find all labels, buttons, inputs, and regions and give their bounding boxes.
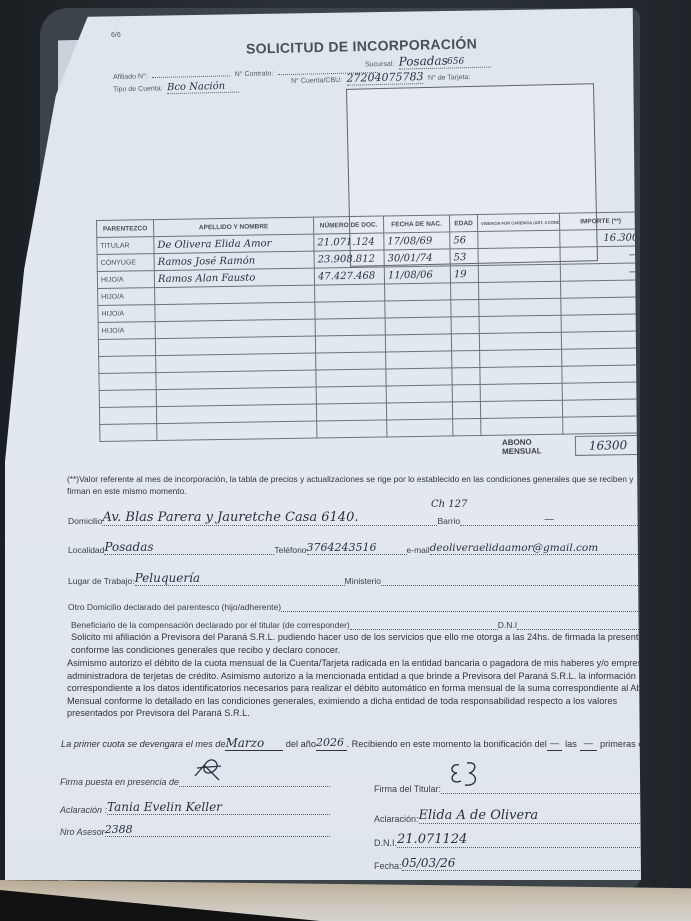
cell-nac[interactable] — [385, 283, 451, 301]
cell-vigencia[interactable] — [480, 400, 562, 418]
otro-domicilio-label: Otro Domicilio declarado del parentesco … — [68, 602, 281, 612]
trabajo-field[interactable]: Lugar de Trabajo: Peluquería Ministerio — [68, 571, 638, 586]
cell-importe[interactable] — [562, 382, 644, 400]
cell-doc[interactable]: 21.071.124 — [314, 233, 384, 251]
cell-doc[interactable] — [316, 386, 386, 404]
cell-vigencia[interactable] — [480, 383, 562, 401]
cell-nac[interactable]: 11/08/06 — [384, 266, 450, 284]
header-edad: EDAD — [449, 215, 477, 232]
cell-importe[interactable] — [562, 365, 644, 383]
cell-doc[interactable] — [315, 301, 385, 319]
cell-importe[interactable] — [562, 348, 644, 366]
asesor-label: Nro Asesor — [60, 827, 105, 837]
cell-nac[interactable] — [386, 351, 452, 369]
cell-vigencia[interactable] — [478, 264, 560, 282]
firma-titular-label: Firma del Titular: — [374, 784, 441, 794]
domicilio-label: Domicilio — [68, 516, 102, 526]
cell-nac[interactable] — [385, 334, 451, 352]
cell-edad[interactable] — [452, 401, 480, 418]
cell-doc[interactable] — [316, 352, 386, 370]
cell-doc[interactable]: 47.427.468 — [314, 267, 384, 285]
cuota-mid: . Recibiendo en este momento la bonifica… — [347, 738, 547, 751]
aclaracion-asesor-label: Aclaración : — [60, 805, 107, 815]
aclaracion-titular-label: Aclaración: — [374, 814, 419, 824]
cell-vigencia[interactable] — [478, 247, 560, 265]
barrio-value: — — [460, 514, 638, 526]
localidad-label: Localidad — [68, 545, 104, 555]
localidad-field[interactable]: Localidad Posadas Teléfono 3764243516 e-… — [68, 540, 668, 555]
cuenta-label: N° Cuenta/CBU: — [291, 77, 342, 85]
contrato-label: N° Contrato: — [235, 70, 274, 78]
signature-scribble-icon — [445, 759, 485, 791]
cell-nac[interactable] — [385, 300, 451, 318]
cell-vigencia[interactable] — [478, 230, 560, 248]
cell-importe[interactable] — [562, 399, 644, 417]
cuenta-value: 27204075783 — [346, 70, 423, 86]
legal-paragraph-2: Asimismo autorizo el débito de la cuota … — [67, 657, 667, 720]
cell-edad[interactable] — [451, 316, 479, 333]
cell-edad[interactable] — [451, 299, 479, 316]
aclaracion-titular-field[interactable]: Aclaración: Elida A de Olivera — [374, 808, 650, 824]
cell-doc[interactable] — [315, 284, 385, 302]
trabajo-label: Lugar de Trabajo: — [68, 576, 135, 586]
cell-nac[interactable]: 17/08/69 — [384, 232, 450, 250]
cell-doc[interactable] — [315, 318, 385, 336]
aclaracion-asesor-field[interactable]: Aclaración : Tania Evelin Keller — [60, 800, 330, 815]
abono-value: 16300 — [575, 435, 641, 456]
beneficiario-dni-label: D.N.I — [498, 620, 517, 630]
abono-mensual: ABONO MENSUAL 16300 — [502, 435, 641, 457]
cell-nac[interactable] — [387, 419, 453, 437]
domicilio-value: Av. Blas Parera y Jauretche Casa 6140. — [102, 510, 437, 526]
cell-doc[interactable] — [316, 403, 386, 421]
cuota-anio[interactable]: 2026 — [316, 737, 347, 751]
beneficiario-field[interactable]: Beneficiario de la compensación declarad… — [71, 620, 641, 630]
cell-vigencia[interactable] — [479, 332, 561, 350]
cell-parentezco[interactable] — [98, 339, 155, 357]
header-importe: IMPORTE (**) — [559, 212, 641, 230]
header-parentezco: PARENTEZCO — [97, 220, 154, 238]
domicilio-note: Ch 127 — [431, 499, 467, 510]
cell-vigencia[interactable] — [480, 349, 562, 367]
telefono-label: Teléfono — [274, 545, 306, 555]
localidad-value: Posadas — [104, 540, 274, 555]
firma-titular-field[interactable]: Firma del Titular: — [374, 783, 650, 794]
cell-edad[interactable] — [452, 384, 480, 401]
cell-importe[interactable] — [561, 331, 643, 349]
cell-edad[interactable] — [452, 350, 480, 367]
cuota-mes[interactable]: Marzo — [225, 737, 282, 751]
email-value: deoliveraelidaamor@gmail.com — [430, 542, 668, 555]
barrio-label: Barrio — [437, 516, 460, 526]
cell-vigencia[interactable] — [479, 298, 561, 316]
cell-importe[interactable] — [561, 297, 643, 315]
footnote: (**)Valor referente al mes de incorporac… — [67, 473, 657, 497]
cell-parentezco[interactable] — [99, 373, 156, 391]
tipo-cuenta-value: Bco Nación — [167, 81, 239, 95]
titular-dni-field[interactable]: D.N.I. 21.071124 — [374, 832, 650, 848]
cuota-anio-label: del año — [286, 738, 316, 751]
fecha-label: Fecha: — [374, 861, 402, 871]
cell-vigencia[interactable] — [479, 281, 561, 299]
legal-paragraph-1: Solicito mi afiliación a Previsora del P… — [71, 631, 661, 656]
cell-parentezco[interactable]: HIJO/A — [98, 288, 155, 306]
firma-presencia-value — [179, 776, 330, 787]
cell-vigencia[interactable] — [480, 366, 562, 384]
cell-parentezco[interactable] — [100, 424, 157, 442]
beneficiario-dni-value — [517, 621, 641, 630]
otro-domicilio-field[interactable]: Otro Domicilio declarado del parentesco … — [68, 602, 638, 612]
asesor-value: 2388 — [105, 823, 330, 837]
cell-parentezco[interactable]: HIJO/A — [98, 305, 155, 323]
fecha-field[interactable]: Fecha: 05/03/26 — [374, 856, 650, 871]
cell-importe[interactable]: — — [560, 263, 642, 281]
cuota-las: las — [565, 738, 577, 751]
beneficiario-value — [350, 621, 498, 630]
titular-dni-label: D.N.I. — [374, 838, 397, 848]
cell-edad[interactable]: 56 — [450, 232, 478, 249]
cell-parentezco[interactable] — [99, 390, 156, 408]
members-table: PARENTEZCO APELLIDO Y NOMBRE NÚMERO DE D… — [96, 211, 645, 442]
cell-edad[interactable] — [451, 282, 479, 299]
cell-edad[interactable]: 19 — [450, 266, 478, 283]
cuota-line: La primer cuota se devengara el mes de M… — [61, 737, 671, 751]
ministerio-value — [381, 577, 638, 586]
cell-edad[interactable] — [451, 333, 479, 350]
cell-doc[interactable] — [315, 335, 385, 353]
header-doc: NÚMERO DE DOC. — [313, 216, 383, 234]
header-vigencia: VIGENCIA POR CARENCIA (ART. 4 CONDICIONE… — [477, 213, 559, 231]
firma-presencia-field[interactable]: Firma puesta en presencia de — [60, 776, 330, 787]
trabajo-value: Peluquería — [135, 571, 345, 586]
cell-doc[interactable]: 23.908.812 — [314, 250, 384, 268]
email-label: e-mail — [407, 545, 430, 555]
cell-edad[interactable] — [452, 367, 480, 384]
header-nac: FECHA DE NAC. — [383, 215, 449, 233]
cuenta-field[interactable]: N° Cuenta/CBU: 27204075783 N° de Tarjeta… — [291, 66, 471, 88]
cell-edad[interactable] — [453, 418, 481, 435]
firma-titular-value — [441, 783, 650, 794]
bonificacion-1[interactable]: — — [547, 737, 562, 751]
cell-doc[interactable] — [317, 420, 387, 438]
cell-parentezco[interactable] — [99, 407, 156, 425]
abono-label: ABONO MENSUAL — [502, 437, 569, 456]
cell-importe[interactable]: 16.300 — [560, 229, 642, 247]
cuota-prefix: La primer cuota se devengara el mes de — [61, 738, 225, 751]
firma-presencia-label: Firma puesta en presencia de — [60, 777, 179, 787]
cell-doc[interactable] — [316, 369, 386, 387]
cell-edad[interactable]: 53 — [450, 249, 478, 266]
cell-parentezco[interactable] — [99, 356, 156, 374]
domicilio-field[interactable]: Domicilio Av. Blas Parera y Jauretche Ca… — [68, 510, 638, 526]
tarjeta-label: N° de Tarjeta: — [428, 74, 471, 82]
cell-parentezco[interactable]: HIJO/A — [98, 322, 155, 340]
cell-nombre[interactable] — [157, 421, 317, 441]
cell-parentezco[interactable]: TITULAR — [97, 237, 154, 255]
fecha-value: 05/03/26 — [402, 856, 650, 871]
aclaracion-asesor-value: Tania Evelin Keller — [107, 800, 330, 815]
cell-vigencia[interactable] — [479, 315, 561, 333]
tipo-cuenta-field[interactable]: Tipo de Cuenta: Bco Nación — [113, 76, 239, 97]
titular-dni-value: 21.071124 — [397, 832, 650, 848]
beneficiario-label: Beneficiario de la compensación declarad… — [71, 620, 350, 630]
cell-parentezco[interactable]: CÓNYUGE — [97, 254, 154, 272]
cell-nac[interactable] — [386, 385, 452, 403]
otro-domicilio-value — [281, 603, 638, 612]
cell-nac[interactable]: 30/01/74 — [384, 249, 450, 267]
cell-importe[interactable]: — — [560, 246, 642, 264]
bonificacion-2[interactable]: — — [580, 737, 597, 751]
cell-nac[interactable] — [386, 402, 452, 420]
cell-nac[interactable] — [385, 317, 451, 335]
cell-importe[interactable] — [561, 314, 643, 332]
cell-nac[interactable] — [386, 368, 452, 386]
cell-importe[interactable] — [561, 280, 643, 298]
form-page: 6/6 SOLICITUD DE INCORPORACIÓN Sucursal:… — [5, 8, 641, 880]
tipo-cuenta-label: Tipo de Cuenta: — [113, 85, 163, 93]
asesor-field[interactable]: Nro Asesor 2388 — [60, 823, 330, 837]
telefono-value: 3764243516 — [307, 541, 407, 555]
cell-parentezco[interactable]: HIJO/A — [97, 271, 154, 289]
signature-scribble-icon — [191, 758, 225, 784]
ministerio-label: Ministerio — [345, 576, 381, 586]
cell-vigencia[interactable] — [481, 417, 563, 435]
page-code: 6/6 — [111, 32, 121, 39]
aclaracion-titular-value: Elida A de Olivera — [419, 808, 650, 824]
cell-importe[interactable] — [563, 416, 645, 434]
